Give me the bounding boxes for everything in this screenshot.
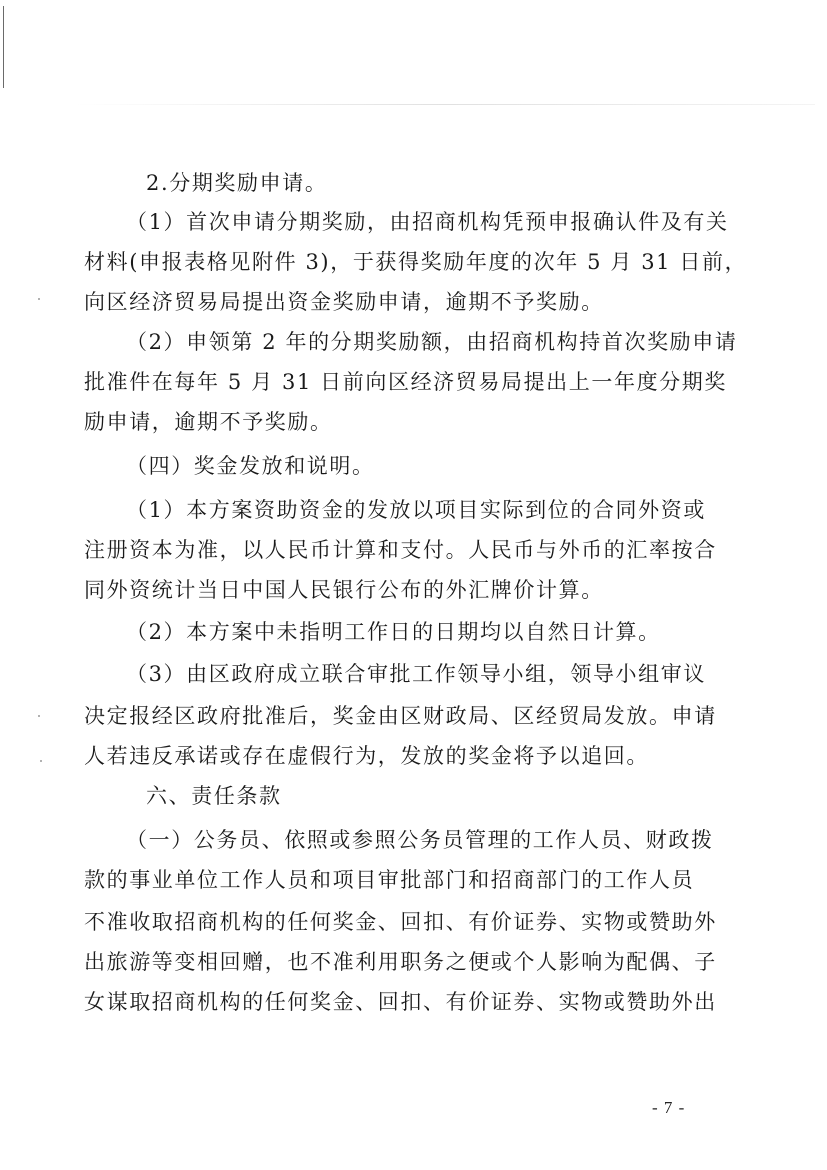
- section-heading-installment-application: 2.分期奖励申请。: [146, 170, 786, 196]
- paragraph-line: 出旅游等变相回赠，也不准利用职务之便或个人影响为配偶、子: [84, 949, 724, 975]
- document-page: 2.分期奖励申请。 （1）首次申请分期奖励，由招商机构凭预申报确认件及有关 材料…: [0, 0, 827, 1170]
- section-heading-award-distribution: （四）奖金发放和说明。: [126, 453, 766, 479]
- scan-streak-artifact: [75, 104, 815, 105]
- paragraph-line: 人若违反承诺或存在虚假行为，发放的奖金将予以追回。: [84, 743, 724, 769]
- paragraph-line: （一）公务员、依照或参照公务员管理的工作人员、财政拨: [126, 827, 766, 853]
- paragraph-line: 材料(申报表格见附件 3)，于获得奖励年度的次年 5 月 31 日前，: [84, 249, 724, 275]
- paragraph-line: 批准件在每年 5 月 31 日前向区经济贸易局提出上一年度分期奖: [84, 369, 724, 395]
- paragraph-line: （2）申领第 2 年的分期奖励额，由招商机构持首次奖励申请: [126, 329, 766, 355]
- scan-speck: [40, 760, 42, 762]
- paragraph-line: （3）由区政府成立联合审批工作领导小组，领导小组审议: [126, 661, 766, 687]
- page-number: - 7 -: [652, 1098, 685, 1118]
- paragraph-line: （1）本方案资助资金的发放以项目实际到位的合同外资或: [126, 497, 766, 523]
- paragraph-line: 款的事业单位工作人员和项目审批部门和招商部门的工作人员: [84, 867, 724, 893]
- paragraph-line: 同外资统计当日中国人民银行公布的外汇牌价计算。: [84, 577, 724, 603]
- paragraph-line: 注册资本为准，以人民币计算和支付。人民币与外币的汇率按合: [84, 537, 724, 563]
- paragraph-line: 向区经济贸易局提出资金奖励申请，逾期不予奖励。: [84, 289, 724, 315]
- paragraph-line: 决定报经区政府批准后，奖金由区财政局、区经贸局发放。申请: [84, 703, 724, 729]
- paragraph-line: （2）本方案中未指明工作日的日期均以自然日计算。: [126, 619, 766, 645]
- paragraph-line: 励申请，逾期不予奖励。: [84, 409, 724, 435]
- section-heading-liability-clauses: 六、责任条款: [146, 783, 786, 809]
- paragraph-line: 女谋取招商机构的任何奖金、回扣、有价证券、实物或赞助外出: [84, 989, 724, 1015]
- scan-speck: [38, 715, 40, 717]
- scan-edge-artifact: [3, 6, 4, 88]
- paragraph-line: （1）首次申请分期奖励，由招商机构凭预申报确认件及有关: [126, 209, 766, 235]
- scan-speck: [38, 298, 40, 300]
- paragraph-line: 不准收取招商机构的任何奖金、回扣、有价证券、实物或赞助外: [84, 909, 724, 935]
